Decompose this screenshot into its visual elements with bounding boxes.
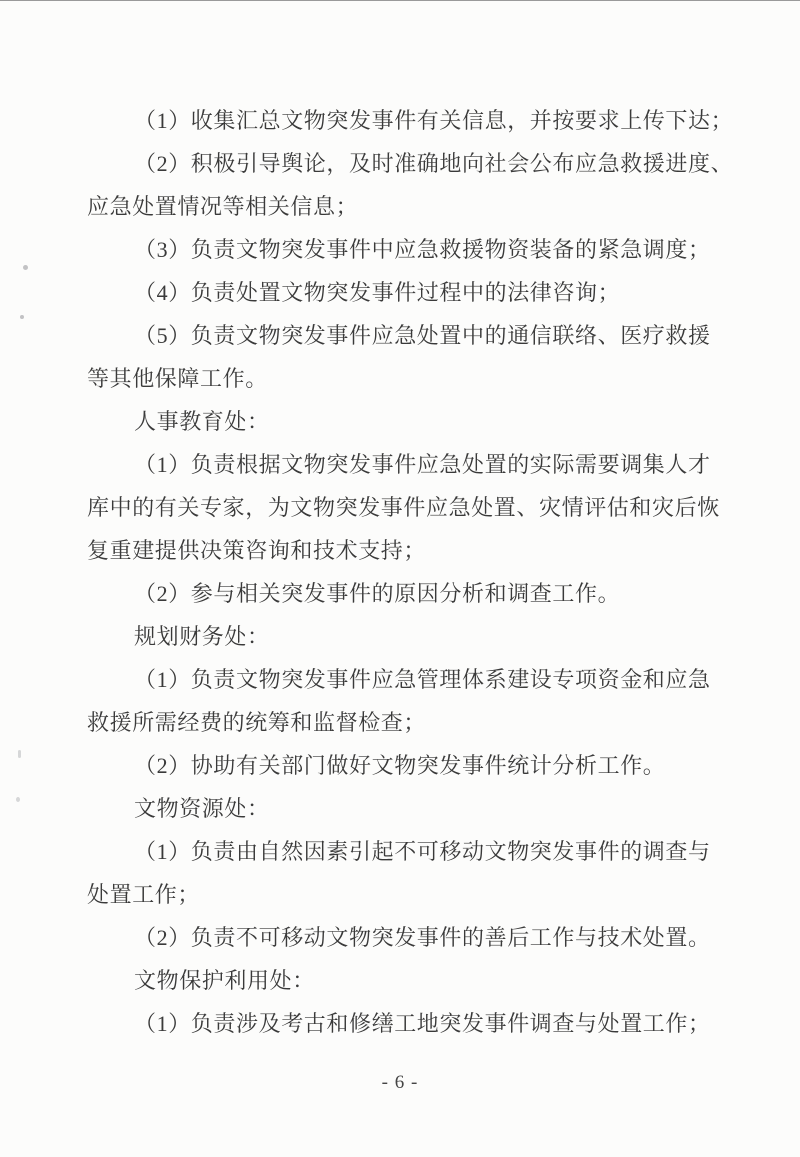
text-line: （1）负责根据文物突发事件应急处置的实际需要调集人才	[87, 443, 719, 486]
text-line: 应急处置情况等相关信息；	[87, 185, 719, 228]
text-line: （2）协助有关部门做好文物突发事件统计分析工作。	[87, 744, 719, 787]
scan-edge-line	[0, 0, 800, 1]
text-line: （3）负责文物突发事件中应急救援物资装备的紧急调度；	[87, 228, 719, 271]
text-line: （5）负责文物突发事件应急处置中的通信联络、医疗救援	[87, 314, 719, 357]
text-line: 文物资源处：	[87, 787, 719, 830]
text-line: （1）负责文物突发事件应急管理体系建设专项资金和应急	[87, 658, 719, 701]
scan-speck	[23, 265, 28, 270]
text-line: 等其他保障工作。	[87, 357, 719, 400]
scan-speck	[16, 797, 20, 802]
text-line: 库中的有关专家，为文物突发事件应急处置、灾情评估和灾后恢	[87, 486, 719, 529]
text-line: （2）参与相关突发事件的原因分析和调查工作。	[87, 572, 719, 615]
text-line: 文物保护利用处：	[87, 959, 719, 1002]
page-number: - 6 -	[382, 1072, 419, 1093]
text-line: （4）负责处置文物突发事件过程中的法律咨询；	[87, 271, 719, 314]
text-line: （2）积极引导舆论，及时准确地向社会公布应急救援进度、	[87, 142, 719, 185]
text-line: （1）负责由自然因素引起不可移动文物突发事件的调查与	[87, 830, 719, 873]
scan-speck	[18, 750, 21, 758]
text-line: 救援所需经费的统筹和监督检查；	[87, 701, 719, 744]
document-page: （1）收集汇总文物突发事件有关信息，并按要求上传下达；（2）积极引导舆论，及时准…	[0, 0, 800, 1157]
page-footer: - 6 -	[0, 1072, 800, 1094]
text-line: 人事教育处：	[87, 400, 719, 443]
text-line: 复重建提供决策咨询和技术支持；	[87, 529, 719, 572]
scan-speck	[20, 315, 24, 319]
document-body: （1）收集汇总文物突发事件有关信息，并按要求上传下达；（2）积极引导舆论，及时准…	[87, 99, 719, 1045]
text-line: （1）负责涉及考古和修缮工地突发事件调查与处置工作；	[87, 1002, 719, 1045]
text-line: 处置工作；	[87, 873, 719, 916]
text-line: （2）负责不可移动文物突发事件的善后工作与技术处置。	[87, 916, 719, 959]
text-line: 规划财务处：	[87, 615, 719, 658]
text-line: （1）收集汇总文物突发事件有关信息，并按要求上传下达；	[87, 99, 719, 142]
